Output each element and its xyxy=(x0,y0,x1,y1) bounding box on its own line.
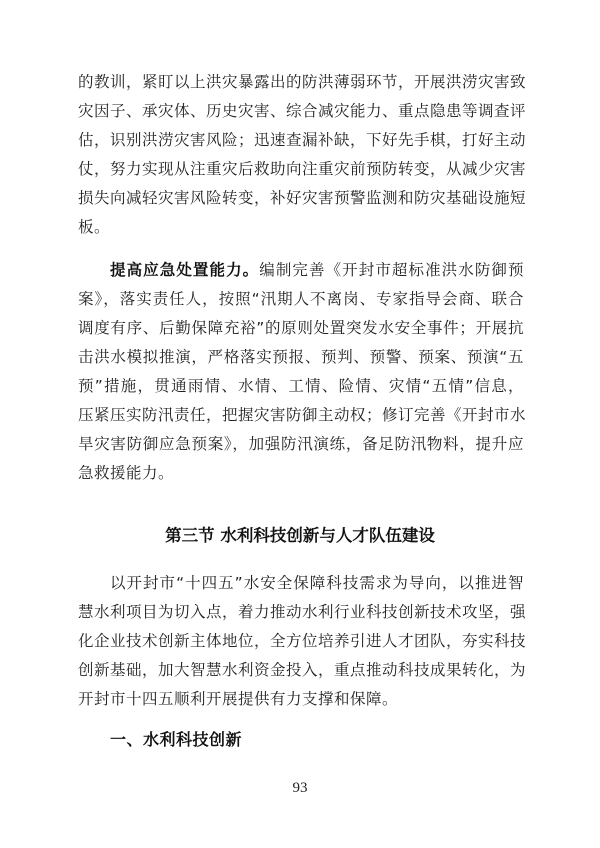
paragraph-line: 旱灾害防御应急预案》，加强防汛演练，备足防汛物料，提升应 xyxy=(78,430,524,459)
paragraph-line: 损失向减轻灾害风险转变，补好灾害预警监测和防灾基础设施短 xyxy=(78,184,524,213)
page-number: 93 xyxy=(0,780,600,797)
paragraph-line: 板。 xyxy=(78,213,524,242)
subheading: 一、水利科技创新 xyxy=(110,725,242,754)
paragraph-line: 的教训，紧盯以上洪灾暴露出的防洪薄弱环节，开展洪涝灾害致 xyxy=(78,68,524,97)
paragraph-line: 估，识别洪涝灾害风险；迅速查漏补缺，下好先手棋，打好主动 xyxy=(78,126,524,155)
section-title: 第三节 水利科技创新与人才队伍建设 xyxy=(0,521,600,550)
paragraph-first-line: 提高应急处置能力。编制完善《开封市超标准洪水防御预 xyxy=(110,256,524,285)
paragraph-line: 化企业技术创新主体地位，全方位培养引进人才团队，夯实科技 xyxy=(78,627,524,656)
bold-lead-heading: 提高应急处置能力。 xyxy=(110,261,259,279)
paragraph-line: 灾因子、承灾体、历史灾害、综合减灾能力、重点隐患等调查评 xyxy=(78,97,524,126)
paragraph-line: 案》，落实责任人，按照“汛期人不离岗、专家指导会商、联合 xyxy=(78,285,524,314)
paragraph-line: 调度有序、后勤保障充裕”的原则处置突发水安全事件；开展抗 xyxy=(78,314,524,343)
paragraph-line: 开封市十四五顺利开展提供有力支撑和保障。 xyxy=(78,685,524,714)
paragraph-first-line: 以开封市“十四五”水安全保障科技需求为导向，以推进智 xyxy=(110,569,524,598)
paragraph-line: 预”措施，贯通雨情、水情、工情、险情、灾情“五情”信息， xyxy=(78,372,524,401)
paragraph-line: 击洪水模拟推演，严格落实预报、预判、预警、预案、预演“五 xyxy=(78,343,524,372)
paragraph-text: 编制完善《开封市超标准洪水防御预 xyxy=(259,261,524,279)
paragraph-line: 慧水利项目为切入点，着力推动水利行业科技创新技术攻坚，强 xyxy=(78,598,524,627)
paragraph-line: 仗，努力实现从注重灾后救助向注重灾前预防转变，从减少灾害 xyxy=(78,155,524,184)
paragraph-line: 创新基础，加大智慧水利资金投入，重点推动科技成果转化，为 xyxy=(78,656,524,685)
document-page: 的教训，紧盯以上洪灾暴露出的防洪薄弱环节，开展洪涝灾害致 灾因子、承灾体、历史灾… xyxy=(0,0,600,848)
paragraph-line: 急救援能力。 xyxy=(78,459,524,488)
paragraph-line: 压紧压实防汛责任，把握灾害防御主动权；修订完善《开封市水 xyxy=(78,401,524,430)
